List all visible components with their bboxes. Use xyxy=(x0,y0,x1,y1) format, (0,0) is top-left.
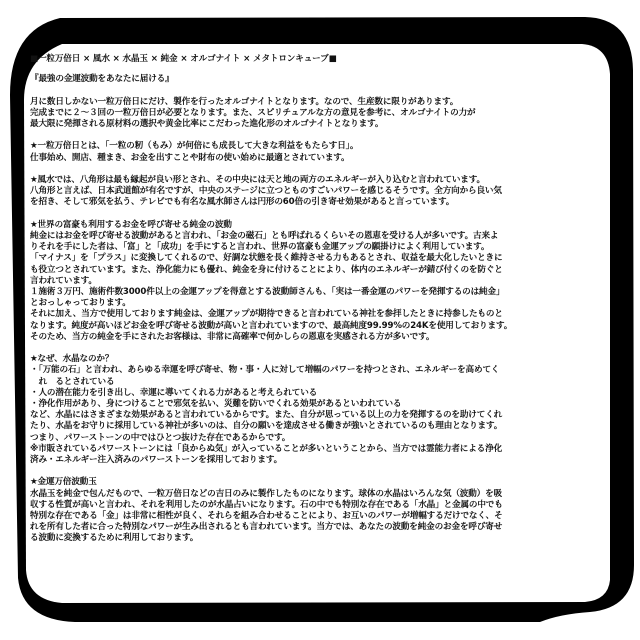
paragraph-line: ・浄化作用があり、身につけることで邪気を払い、災難を防いでくれる効果があるといわ… xyxy=(30,399,610,410)
paragraph-line: 最大限に発揮される原材料の選択や黄金比率にこだわった進化形のオルゴナイトとなりま… xyxy=(30,119,610,130)
paragraph-line: 水晶玉を純金で包んだもので、一粒万倍日などの吉日のみに製作したものになります。球… xyxy=(30,489,610,500)
section-pure-gold: ★世界の富豪も利用するお金を呼び寄せる純金の波動 純金にはお金を呼び寄せる波動が… xyxy=(30,220,610,343)
paragraph-line: る波動に変換するために利用しております。 xyxy=(30,533,610,544)
section-intro: 月に数日しかない一粒万倍日にだけ、製作を行ったオルゴナイトとなります。なので、生… xyxy=(30,97,610,131)
paragraph-line: ※市販されているパワーストーンには「良からぬ気」が入っていることが多いということ… xyxy=(30,444,610,455)
paragraph-line: れ るとされている xyxy=(30,377,610,388)
paragraph-line: を招き、そして邪気を払う、テレビでも有名な風水師さんは円形の60倍の引き寄せ効果… xyxy=(30,197,610,208)
header-title: ■一粒万倍日 × 風水 × 水晶玉 × 純金 × オルゴナイト × メタトロンキ… xyxy=(30,54,610,65)
paragraph-line: 純金にはお金を呼び寄せる波動があると言われ、「お金の磁石」とも呼ばれるくらいその… xyxy=(30,231,610,242)
paragraph-line: とおっしゃっております。 xyxy=(30,298,610,309)
paragraph-line: ・人の潜在能力を引き出し、幸運に導いてくれる力があると考えられている xyxy=(30,388,610,399)
paragraph-line: 特別な存在である「金」は非常に相性が良く、それらを組み合わせることにより、お互い… xyxy=(30,511,610,522)
section-heading: ★世界の富豪も利用するお金を呼び寄せる純金の波動 xyxy=(30,220,610,231)
paragraph-line: 仕事始め、開店、種まき、お金を出すことや財布の使い始めに最適とされています。 xyxy=(30,153,610,164)
paragraph-line: １施術３万円、施術件数3000件以上の金運アップを得意とする波動師さんも、「実は… xyxy=(30,287,610,298)
section-ichiryu-manbai: ★一粒万倍日とは、「一粒の籾（もみ）が何倍にも成長して大きな利益をもたらす日」。… xyxy=(30,141,610,163)
paragraph-line: そのため、当方の純金を手にされたお客様は、非常に高確率で何かしらの恩恵を実感され… xyxy=(30,332,610,343)
description-body: ■一粒万倍日 × 風水 × 水晶玉 × 純金 × オルゴナイト × メタトロンキ… xyxy=(30,54,610,545)
paragraph-line: 完成までに２～３回の一粒万倍日が必要となります。また、スピリチュアルな方の意見を… xyxy=(30,108,610,119)
paragraph-line: など、水晶にはさまざまな効果があると言われているからです。また、自分が思っている… xyxy=(30,410,610,421)
section-heading: ★一粒万倍日とは、「一粒の籾（もみ）が何倍にも成長して大きな利益をもたらす日」。 xyxy=(30,141,610,152)
paragraph-line: たり、水晶をお守りに採用している神社が多いのは、自分の願いを達成させる働きが強い… xyxy=(30,421,610,432)
paragraph-line: なります。純度が高いほどお金を呼び寄せる波動が高いと言われていますので、最高純度… xyxy=(30,321,610,332)
paragraph-line: つまり、パワーストーンの中ではひとつ抜けた存在であるからです。 xyxy=(30,433,610,444)
paragraph-line: 月に数日しかない一粒万倍日にだけ、製作を行ったオルゴナイトとなります。なので、生… xyxy=(30,97,610,108)
paragraph-line: りそれを手にした者は、「富」と「成功」を手にすると言われ、世界の富豪も金運アップ… xyxy=(30,242,610,253)
paragraph-line: それに加え、当方で使用しております純金は、金運アップが期待できると言われている神… xyxy=(30,309,610,320)
paragraph-line: れを所有した者に合った特別なパワーが生み出されるとも言われています。当方では、あ… xyxy=(30,522,610,533)
section-feng-shui: ★風水では、八角形は最も縁起が良い形とされ、その中央には天と地の両方のエネルギー… xyxy=(30,175,610,209)
paragraph-line: も役立つとされています。また、浄化能力にも優れ、純金を身に付けることにより、体内… xyxy=(30,265,610,276)
tagline: 『最強の金運波動をあなたに届ける』 xyxy=(30,74,610,85)
paragraph-line: 「マイナス」を「プラス」に変換してくれるので、好調な状態を長く維持させる力もある… xyxy=(30,253,610,264)
paragraph-line: 済み・エネルギー注入済みのパワーストーンを採用しております。 xyxy=(30,455,610,466)
section-heading: ★金運万倍波動玉 xyxy=(30,477,610,488)
section-heading: ★風水では、八角形は最も縁起が良い形とされ、その中央には天と地の両方のエネルギー… xyxy=(30,175,610,186)
paragraph-line: 収する性質が高いと言われ、それを利用したのが水晶占いになります。石の中でも特別な… xyxy=(30,500,610,511)
paragraph-line: 八角形と言えば、日本武道館が有名ですが、中央のステージに立つとものすごいパワーを… xyxy=(30,186,610,197)
section-why-crystal: ★なぜ、水晶なのか？ ・「万能の石」と言われ、あらゆる幸運を呼び寄せ、物・事・人… xyxy=(30,354,610,466)
paragraph-line: ・「万能の石」と言われ、あらゆる幸運を呼び寄せ、物・事・人に対して増幅のパワーを… xyxy=(30,365,610,376)
section-heading: ★なぜ、水晶なのか？ xyxy=(30,354,610,365)
section-wave-orb: ★金運万倍波動玉 水晶玉を純金で包んだもので、一粒万倍日などの吉日のみに製作した… xyxy=(30,477,610,544)
paragraph-line: 言われています。 xyxy=(30,276,610,287)
